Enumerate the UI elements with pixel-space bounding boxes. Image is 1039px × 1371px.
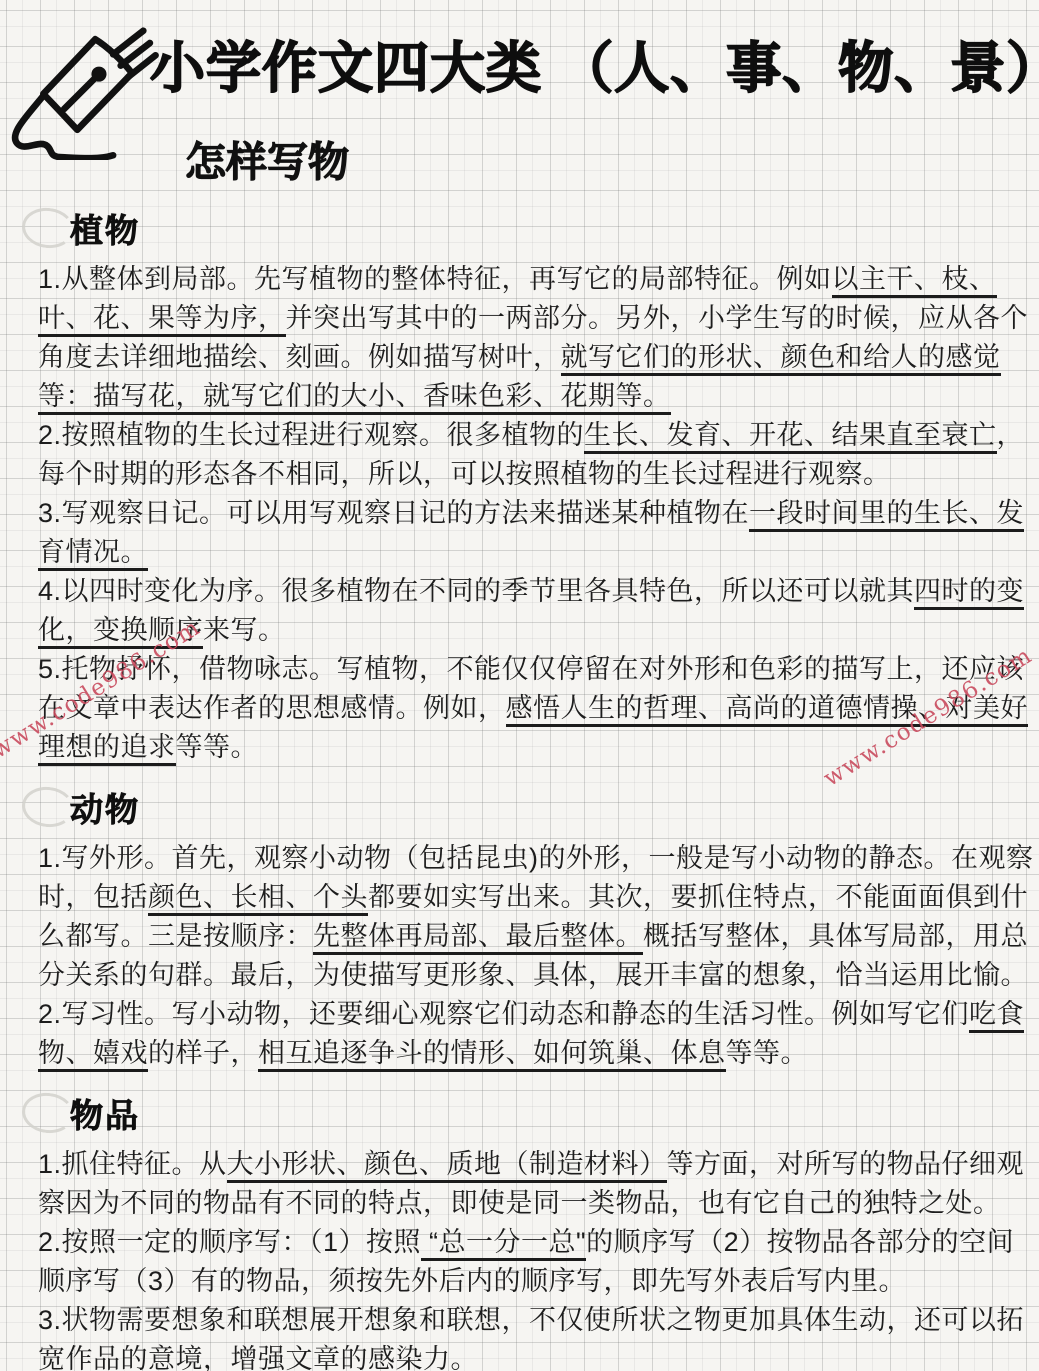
plain-text: 2.写习性。写小动物，还要细心观察它们动态和静态的生活习性。例如写它们 <box>38 999 969 1029</box>
body-line: 物、嬉戏的样子，相互追逐争斗的情形、如何筑巢、体息等等。 <box>38 1034 1001 1073</box>
body-line: 宽作品的意境，增强文章的感染力。 <box>38 1340 1001 1371</box>
section-title: 动物 <box>70 784 140 831</box>
section-heading-objects: 物品 <box>22 1087 1001 1139</box>
section-title: 植物 <box>70 205 140 252</box>
plain-text: 4.以四时变化为序。很多植物在不同的季节里各具特色，所以还可以就其 <box>38 576 914 606</box>
plain-text: 等等。 <box>726 1038 809 1068</box>
plain-text: 3.写观察日记。可以用写观察日记的方法来描迷某种植物在 <box>38 498 749 528</box>
underlined-text: 相互追逐争斗的情形、如何筑巢、体息 <box>258 1038 726 1072</box>
plain-text: 1.从整体到局部。先写植物的整体特征，再写它的局部特征。例如 <box>38 264 832 294</box>
underlined-text: 等：描写花，就写它们的大小、香味色彩、花期等。 <box>38 381 671 415</box>
body-line: 2.按照一定的顺序写：（1）按照 “总一分一总"的顺序写（2）按物品各部分的空间 <box>38 1223 1001 1262</box>
plain-text: 察因为不同的物品有不同的特点，即使是同一类物品，也有它自己的独特之处。 <box>38 1188 1001 1218</box>
circle-outline-icon <box>20 205 76 251</box>
underlined-text: 理想的追求 <box>38 732 176 766</box>
plain-text: 的顺序写（2）按物品各部分的空间 <box>586 1227 1014 1257</box>
body-line: 顺序写（3）有的物品，须按先外后内的顺序写，即先写外表后写内里。 <box>38 1262 1001 1301</box>
plain-text: 概括写整体，具体写局部，用总 <box>643 921 1028 951</box>
body-line: 察因为不同的物品有不同的特点，即使是同一类物品，也有它自己的独特之处。 <box>38 1184 1001 1223</box>
section-title: 物品 <box>70 1090 140 1137</box>
body-line: 分关系的句群。最后，为使描写更形象、具体，展开丰富的想象，恰当运用比愉。 <box>38 956 1001 995</box>
underlined-text: 一段时间里的生长、发 <box>749 498 1024 532</box>
body-line: 在文章中表达作者的思想感情。例如，感悟人生的哲理、高尚的道德情操、对美好 <box>38 689 1001 728</box>
plain-text: 在文章中表达作者的思想感情。例如， <box>38 693 506 723</box>
body-line: 育情况。 <box>38 533 1001 572</box>
plain-text: 么都写。三是按顺序： <box>38 921 313 951</box>
plain-text: ， <box>997 420 1025 450</box>
body-line: 1.写外形。首先，观察小动物（包括昆虫)的外形，一般是写小动物的静态。在观察 <box>38 839 1001 878</box>
plain-text: 等等。 <box>176 732 259 762</box>
plain-text: 1.抓住特征。从 <box>38 1149 227 1179</box>
underlined-text: “总一分一总" <box>421 1227 586 1261</box>
body-line: 4.以四时变化为序。很多植物在不同的季节里各具特色，所以还可以就其四时的变 <box>38 572 1001 611</box>
plain-text: 等方面，对所写的物品仔细观 <box>667 1149 1025 1179</box>
body-line: 1.从整体到局部。先写植物的整体特征，再写它的局部特征。例如以主干、枝、 <box>38 260 1001 299</box>
body-line: 么都写。三是按顺序：先整体再局部、最后整体。概括写整体，具体写局部，用总 <box>38 917 1001 956</box>
body-line: 3.写观察日记。可以用写观察日记的方法来描迷某种植物在一段时间里的生长、发 <box>38 494 1001 533</box>
plain-text: 角度去详细地描绘、刻画。例如描写树叶， <box>38 342 561 372</box>
body-line: 5.托物抒怀，借物咏志。写植物，不能仅仅停留在对外形和色彩的描写上，还应该 <box>38 650 1001 689</box>
body-line: 时，包括颜色、长相、个头都要如实写出来。其次，要抓住特点，不能面面俱到什 <box>38 878 1001 917</box>
plain-text: 每个时期的形态各不相同，所以，可以按照植物的生长过程进行观察。 <box>38 459 891 489</box>
body-line: 3.状物需要想象和联想展开想象和联想，不仅使所状之物更加具体生动，还可以拓 <box>38 1301 1001 1340</box>
body-line: 等：描写花，就写它们的大小、香味色彩、花期等。 <box>38 377 1001 416</box>
underlined-text: 以主干、枝、 <box>832 264 997 298</box>
plain-text: 宽作品的意境，增强文章的感染力。 <box>38 1344 478 1371</box>
underlined-text: 先整体再局部、最后整体。 <box>313 921 643 955</box>
section-heading-plants: 植物 <box>22 202 1001 254</box>
body-line: 叶、花、果等为序，并突出写其中的一两部分。另外，小学生写的时候，应从各个 <box>38 299 1001 338</box>
document-page: 小学作文四大类 （人、事、物、景） 怎样写物 植物1.从整体到局部。先写植物的整… <box>0 24 1039 1371</box>
plain-text: 5.托物抒怀，借物咏志。写植物，不能仅仅停留在对外形和色彩的描写上，还应该 <box>38 654 1024 684</box>
circle-outline-icon <box>20 784 76 830</box>
underlined-text: 四时的变 <box>914 576 1024 610</box>
body-line: 1.抓住特征。从大小形状、颜色、质地（制造材料）等方面，对所写的物品仔细观 <box>38 1145 1001 1184</box>
plain-text: 1.写外形。首先，观察小动物（包括昆虫)的外形，一般是写小动物的静态。在观察 <box>38 843 1034 873</box>
plain-text: 分关系的句群。最后，为使描写更形象、具体，展开丰富的想象，恰当运用比愉。 <box>38 960 1028 990</box>
plain-text: 顺序写（3）有的物品，须按先外后内的顺序写，即先写外表后写内里。 <box>38 1266 906 1296</box>
underlined-text: 叶、花、果等为序， <box>38 303 286 337</box>
underlined-text: 育情况。 <box>38 537 148 571</box>
fountain-pen-icon <box>6 26 174 165</box>
plain-text: 2.按照一定的顺序写：（1）按照 <box>38 1227 421 1257</box>
page-subtitle: 怎样写物 <box>185 129 1039 188</box>
page-title: 小学作文四大类 （人、事、物、景） <box>150 24 1027 103</box>
plain-text: 都要如实写出来。其次，要抓住特点，不能面面俱到什 <box>368 882 1028 912</box>
underlined-text: 大小形状、颜色、质地（制造材料） <box>227 1149 667 1183</box>
body-line: 每个时期的形态各不相同，所以，可以按照植物的生长过程进行观察。 <box>38 455 1001 494</box>
underlined-text: 物、嬉戏 <box>38 1038 148 1072</box>
plain-text: 3.状物需要想象和联想展开想象和联想，不仅使所状之物更加具体生动，还可以拓 <box>38 1305 1024 1335</box>
body-line: 角度去详细地描绘、刻画。例如描写树叶，就写它们的形状、颜色和给人的感觉 <box>38 338 1001 377</box>
underlined-text: 就写它们的形状、颜色和给人的感觉 <box>561 342 1001 376</box>
underlined-text: 生长、发育、开花、结果直至衰亡 <box>584 420 997 454</box>
plain-text: 来写。 <box>203 615 286 645</box>
plain-text: 2.按照植物的生长过程进行观察。很多植物的 <box>38 420 584 450</box>
body-line: 2.写习性。写小动物，还要细心观察它们动态和静态的生活习性。例如写它们吃食 <box>38 995 1001 1034</box>
underlined-text: 吃食 <box>969 999 1024 1033</box>
document-body: 植物1.从整体到局部。先写植物的整体特征，再写它的局部特征。例如以主干、枝、叶、… <box>0 202 1039 1371</box>
plain-text: 的样子， <box>148 1038 258 1068</box>
underlined-text: 颜色、长相、个头 <box>148 882 368 916</box>
plain-text: 时，包括 <box>38 882 148 912</box>
plain-text: 并突出写其中的一两部分。另外，小学生写的时候，应从各个 <box>286 303 1029 333</box>
circle-outline-icon <box>20 1090 76 1136</box>
section-heading-animals: 动物 <box>22 781 1001 833</box>
body-line: 2.按照植物的生长过程进行观察。很多植物的生长、发育、开花、结果直至衰亡， <box>38 416 1001 455</box>
